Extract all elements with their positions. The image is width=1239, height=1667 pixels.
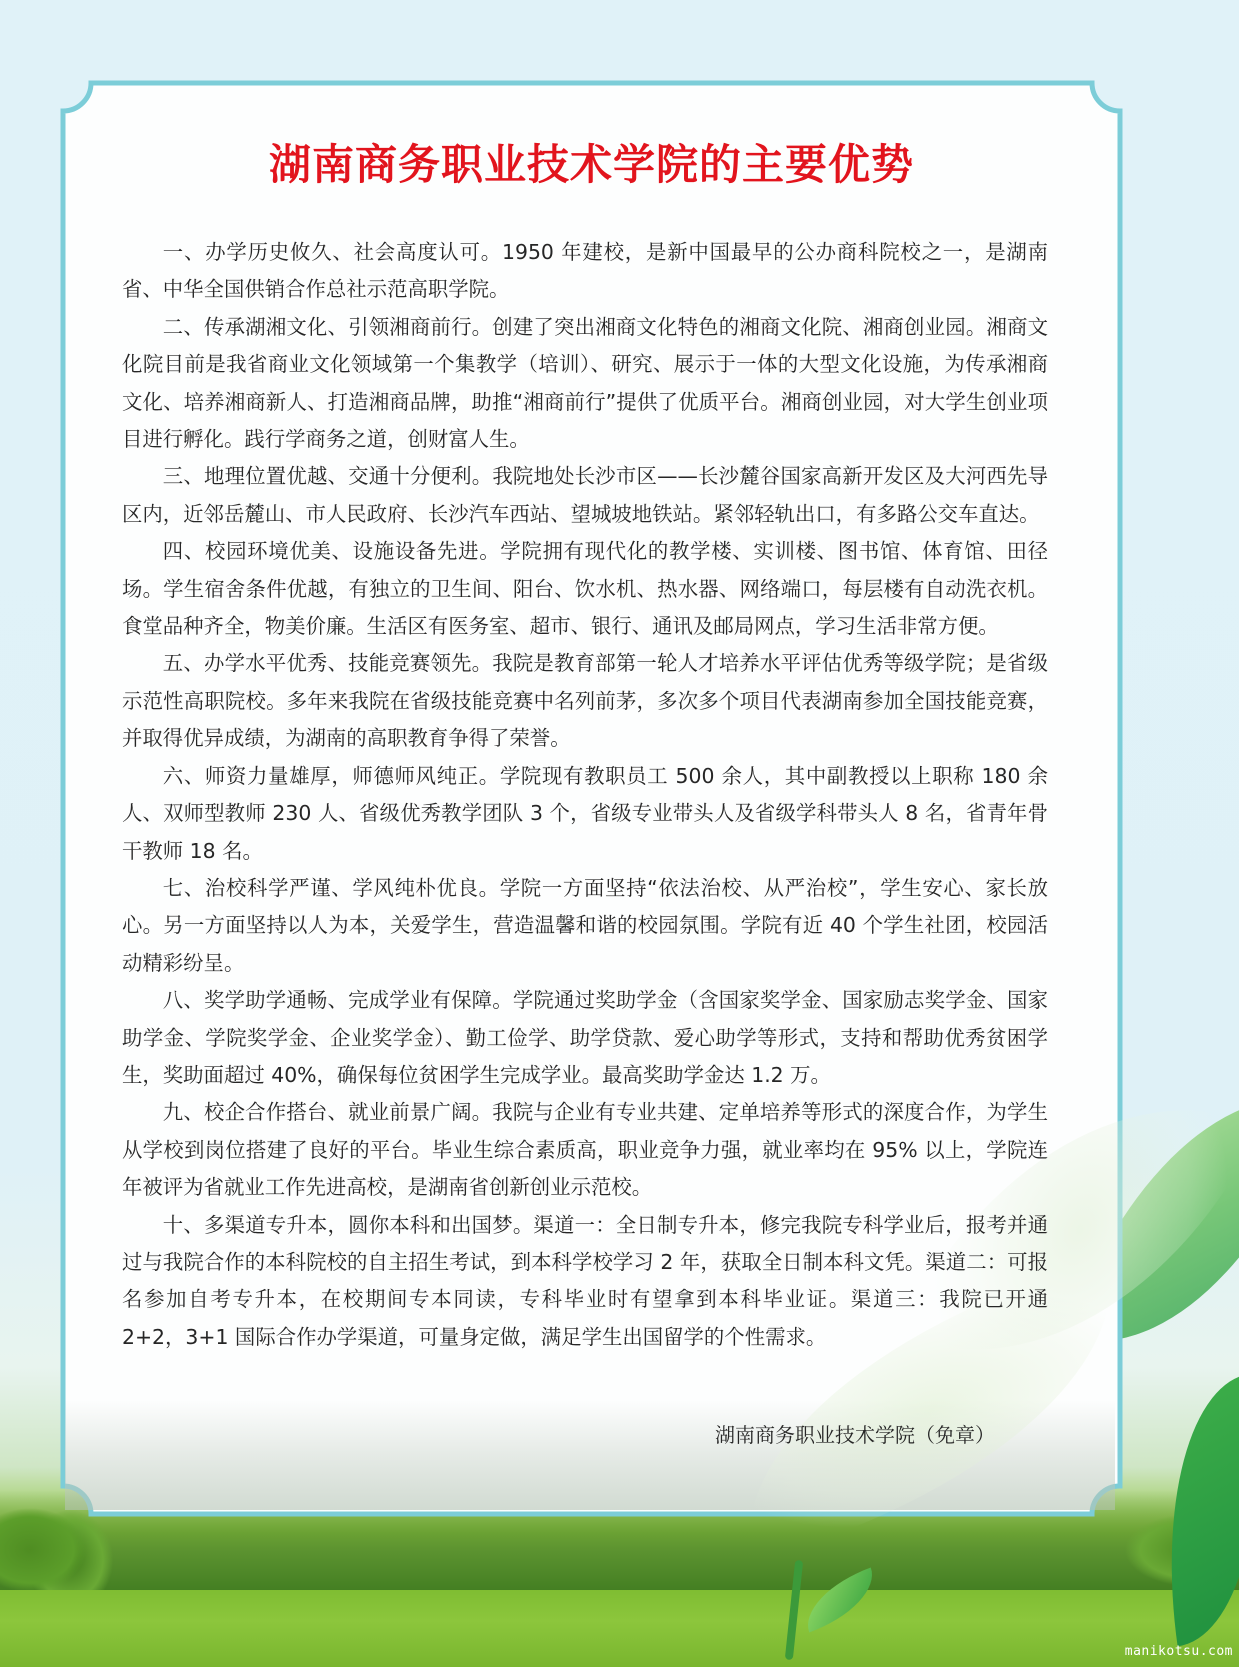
paragraph-9: 九、校企合作搭台、就业前景广阔。我院与企业有专业共建、定单培养等形式的深度合作，…	[122, 1094, 1048, 1206]
page-title: 湖南商务职业技术学院的主要优势	[60, 132, 1123, 192]
paragraph-1: 一、办学历史攸久、社会高度认可。1950 年建校，是新中国最早的公办商科院校之一…	[122, 234, 1048, 309]
paragraph-5: 五、办学水平优秀、技能竞赛领先。我院是教育部第一轮人才培养水平评估优秀等级学院；…	[122, 645, 1048, 757]
background-grass	[0, 1590, 1239, 1667]
body-text: 一、办学历史攸久、社会高度认可。1950 年建校，是新中国最早的公办商科院校之一…	[122, 234, 1048, 1356]
content-panel: 湖南商务职业技术学院的主要优势 一、办学历史攸久、社会高度认可。1950 年建校…	[60, 80, 1123, 1517]
paragraph-10: 十、多渠道专升本，圆你本科和出国梦。渠道一：全日制专升本，修完我院专科学业后，报…	[122, 1207, 1048, 1357]
paragraph-4: 四、校园环境优美、设施设备先进。学院拥有现代化的教学楼、实训楼、图书馆、体育馆、…	[122, 533, 1048, 645]
signature: 湖南商务职业技术学院（免章）	[60, 1419, 995, 1448]
paragraph-6: 六、师资力量雄厚，师德师风纯正。学院现有教职员工 500 余人，其中副教授以上职…	[122, 758, 1048, 870]
paragraph-2: 二、传承湖湘文化、引领湘商前行。创建了突出湘商文化特色的湘商文化院、湘商创业园。…	[122, 309, 1048, 459]
watermark: manikotsu.com	[1125, 1644, 1233, 1659]
paragraph-7: 七、治校科学严谨、学风纯朴优良。学院一方面坚持“依法治校、从严治校”，学生安心、…	[122, 870, 1048, 982]
paragraph-3: 三、地理位置优越、交通十分便利。我院地处长沙市区——长沙麓谷国家高新开发区及大河…	[122, 458, 1048, 533]
paragraph-8: 八、奖学助学通畅、完成学业有保障。学院通过奖助学金（含国家奖学金、国家励志奖学金…	[122, 982, 1048, 1094]
